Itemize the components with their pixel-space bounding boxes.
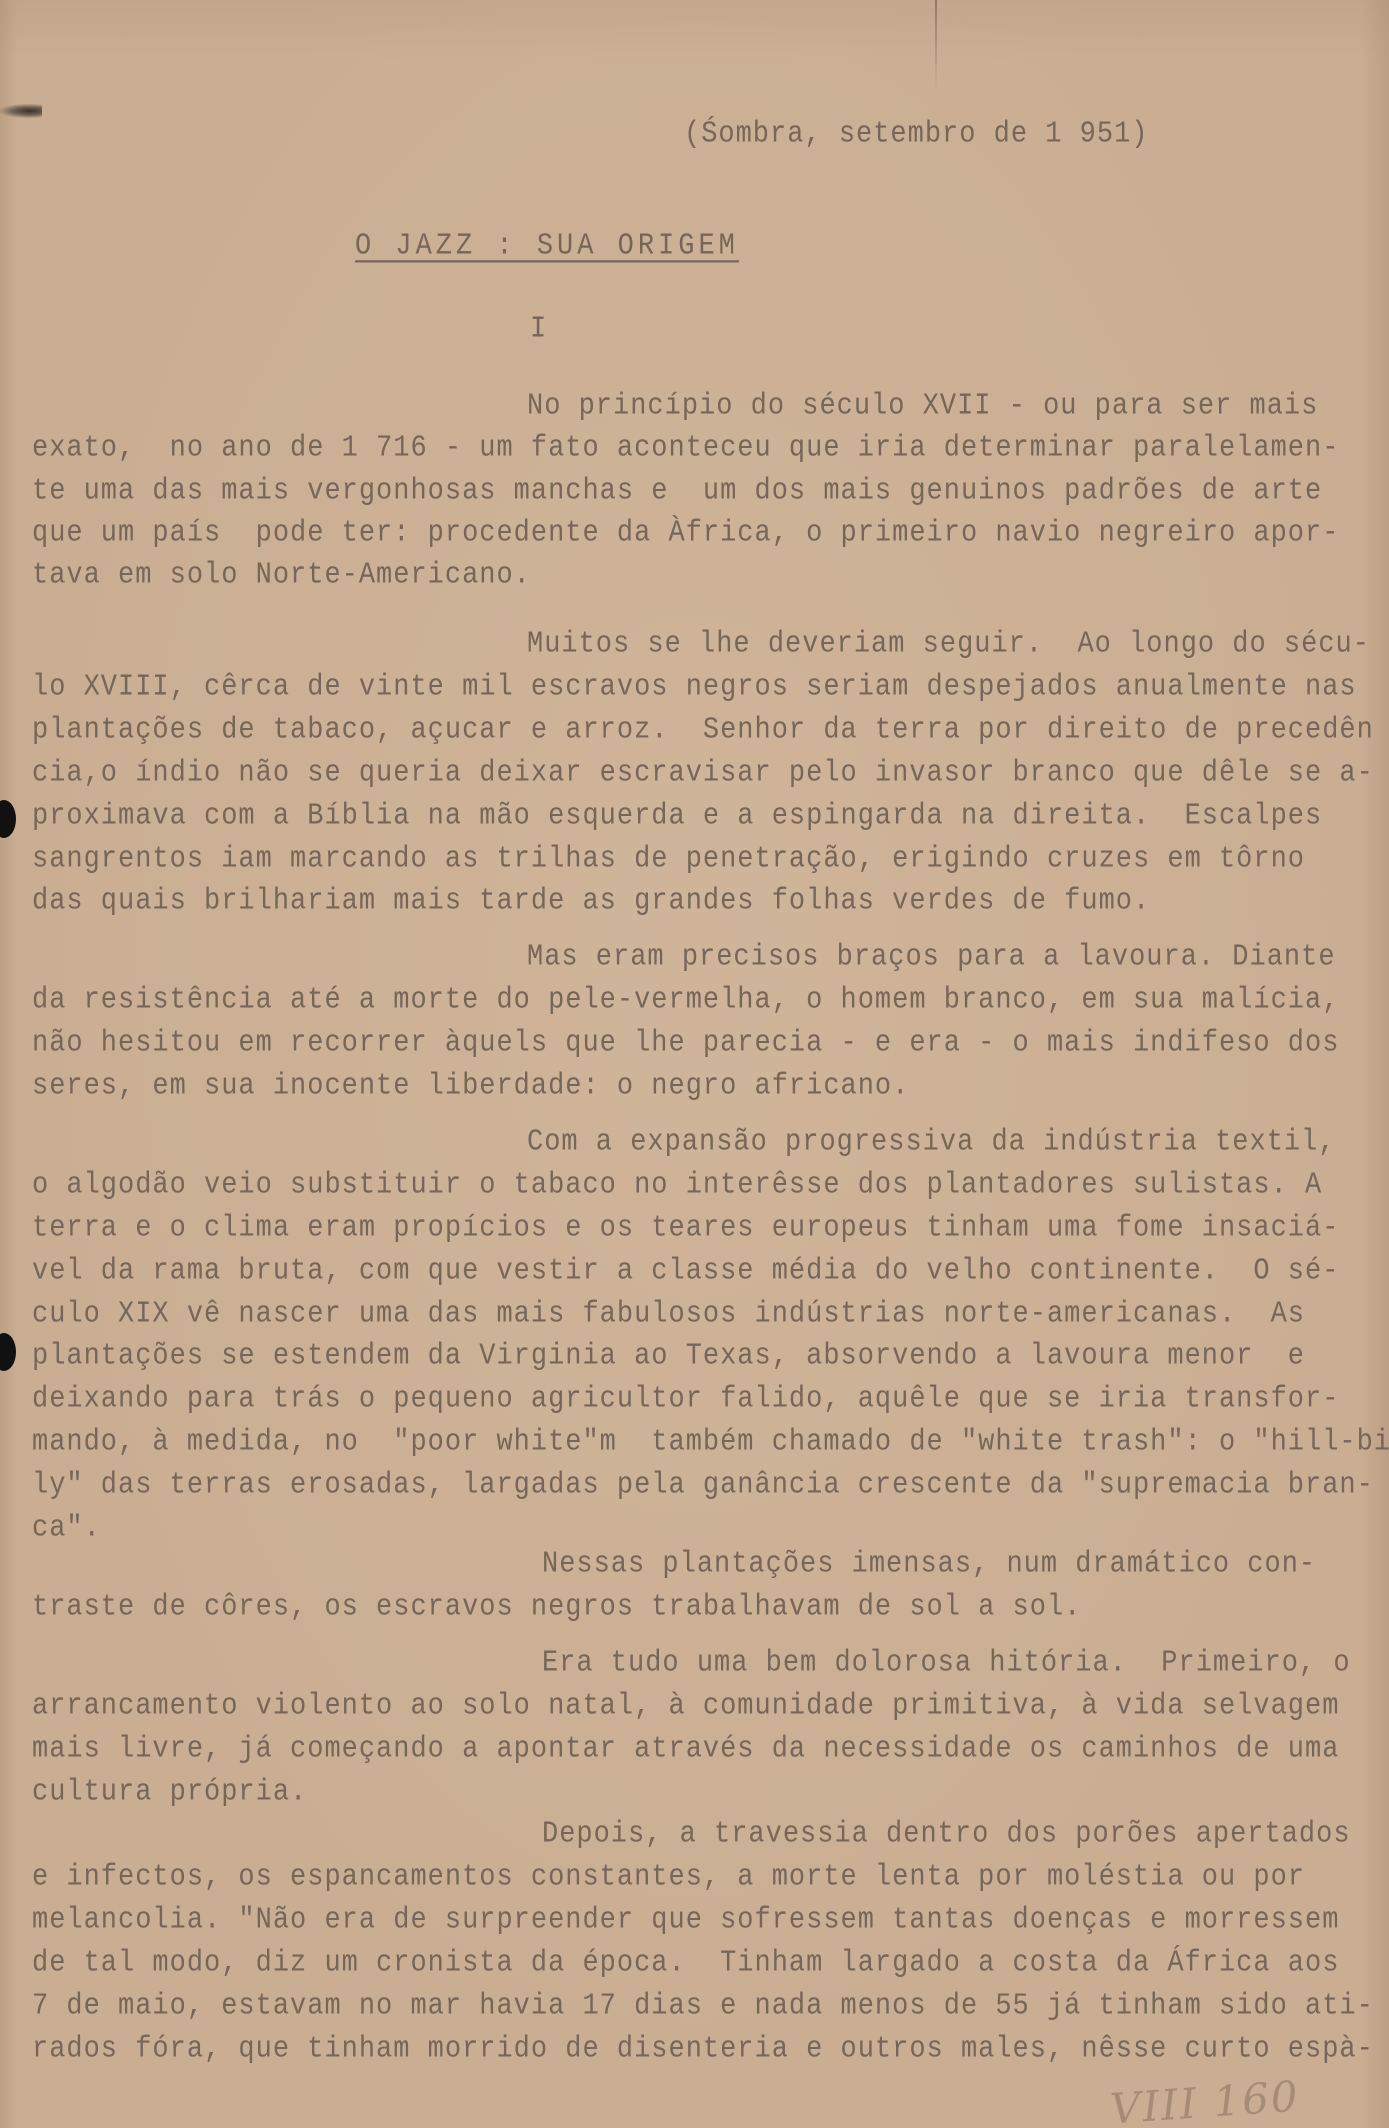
- text-line: plantações se estendem da Virginia ao Te…: [32, 1340, 1305, 1374]
- text-line: ly" das terras erosadas, largadas pela g…: [32, 1469, 1374, 1503]
- handwritten-annotation: VIII 160: [1109, 2071, 1302, 2128]
- text-line: não hesitou em recorrer àquels que lhe p…: [32, 1027, 1339, 1061]
- text-line: Mas eram precisos braços para a lavoura.…: [527, 941, 1336, 975]
- text-line: proximava com a Bíblia na mão esquerda e…: [32, 800, 1322, 834]
- text-line: ca".: [32, 1512, 101, 1546]
- text-line: sangrentos iam marcando as trilhas de pe…: [32, 843, 1305, 877]
- text-line: que um país pode ter: procedente da Àfri…: [32, 517, 1339, 551]
- text-line: vel da rama bruta, com que vestir a clas…: [32, 1255, 1339, 1289]
- text-line: rados fóra, que tinham morrido de disent…: [32, 2033, 1374, 2067]
- text-line: te uma das mais vergonhosas manchas e um…: [32, 475, 1322, 509]
- text-line: exato, no ano de 1 716 - um fato acontec…: [32, 432, 1339, 466]
- dateline: (Śombra, setembro de 1 951): [684, 118, 1148, 152]
- text-line: Nessas plantações imensas, num dramático…: [542, 1548, 1316, 1582]
- text-line: plantações de tabaco, açucar e arroz. Se…: [32, 714, 1374, 748]
- text-line: terra e o clima eram propícios e os tear…: [32, 1212, 1339, 1246]
- text-line: da resistência até a morte do pele-verme…: [32, 984, 1339, 1018]
- text-line: e infectos, os espancamentos constantes,…: [32, 1861, 1305, 1895]
- text-line: Com a expansão progressiva da indústria …: [527, 1126, 1336, 1160]
- text-line: arrancamento violento ao solo natal, à c…: [32, 1690, 1339, 1724]
- text-line: Depois, a travessia dentro dos porões ap…: [542, 1818, 1351, 1852]
- text-line: das quais brilhariam mais tarde as grand…: [32, 885, 1150, 919]
- text-line: mando, à medida, no "poor white"m também…: [32, 1426, 1389, 1460]
- text-line: traste de côres, os escravos negros trab…: [32, 1591, 1081, 1625]
- text-line: seres, em sua inocente liberdade: o negr…: [32, 1070, 909, 1104]
- document-title: O JAZZ : SUA ORIGEM: [355, 230, 739, 264]
- section-number: I: [530, 313, 547, 347]
- text-line: melancolia. "Não era de surpreender que …: [32, 1904, 1339, 1938]
- text-line: cia,o índio não se queria deixar escravi…: [32, 757, 1374, 791]
- text-line: cultura própria.: [32, 1776, 307, 1810]
- text-line: deixando para trás o pequeno agricultor …: [32, 1383, 1339, 1417]
- text-line: tava em solo Norte-Americano.: [32, 559, 531, 593]
- text-line: Muitos se lhe deveriam seguir. Ao longo …: [527, 628, 1370, 662]
- text-line: No princípio do século XVII - ou para se…: [527, 390, 1318, 424]
- ink-smudge: [0, 104, 42, 118]
- text-line: de tal modo, diz um cronista da época. T…: [32, 1947, 1339, 1981]
- punch-hole-lower: [0, 1333, 16, 1371]
- text-line: 7 de maio, estavam no mar havia 17 dias …: [32, 1990, 1374, 2024]
- text-line: culo XIX vê nascer uma das mais fabuloso…: [32, 1298, 1305, 1332]
- punch-hole-upper: [0, 800, 16, 838]
- text-line: mais livre, já começando a apontar atrav…: [32, 1733, 1339, 1767]
- paper-crease: [935, 0, 937, 90]
- text-line: Era tudo uma bem dolorosa hitória. Prime…: [542, 1647, 1351, 1681]
- typewritten-page: (Śombra, setembro de 1 951) O JAZZ : SUA…: [0, 0, 1389, 2128]
- text-line: o algodão veio substituir o tabaco no in…: [32, 1169, 1322, 1203]
- text-line: lo XVIII, cêrca de vinte mil escravos ne…: [32, 671, 1357, 705]
